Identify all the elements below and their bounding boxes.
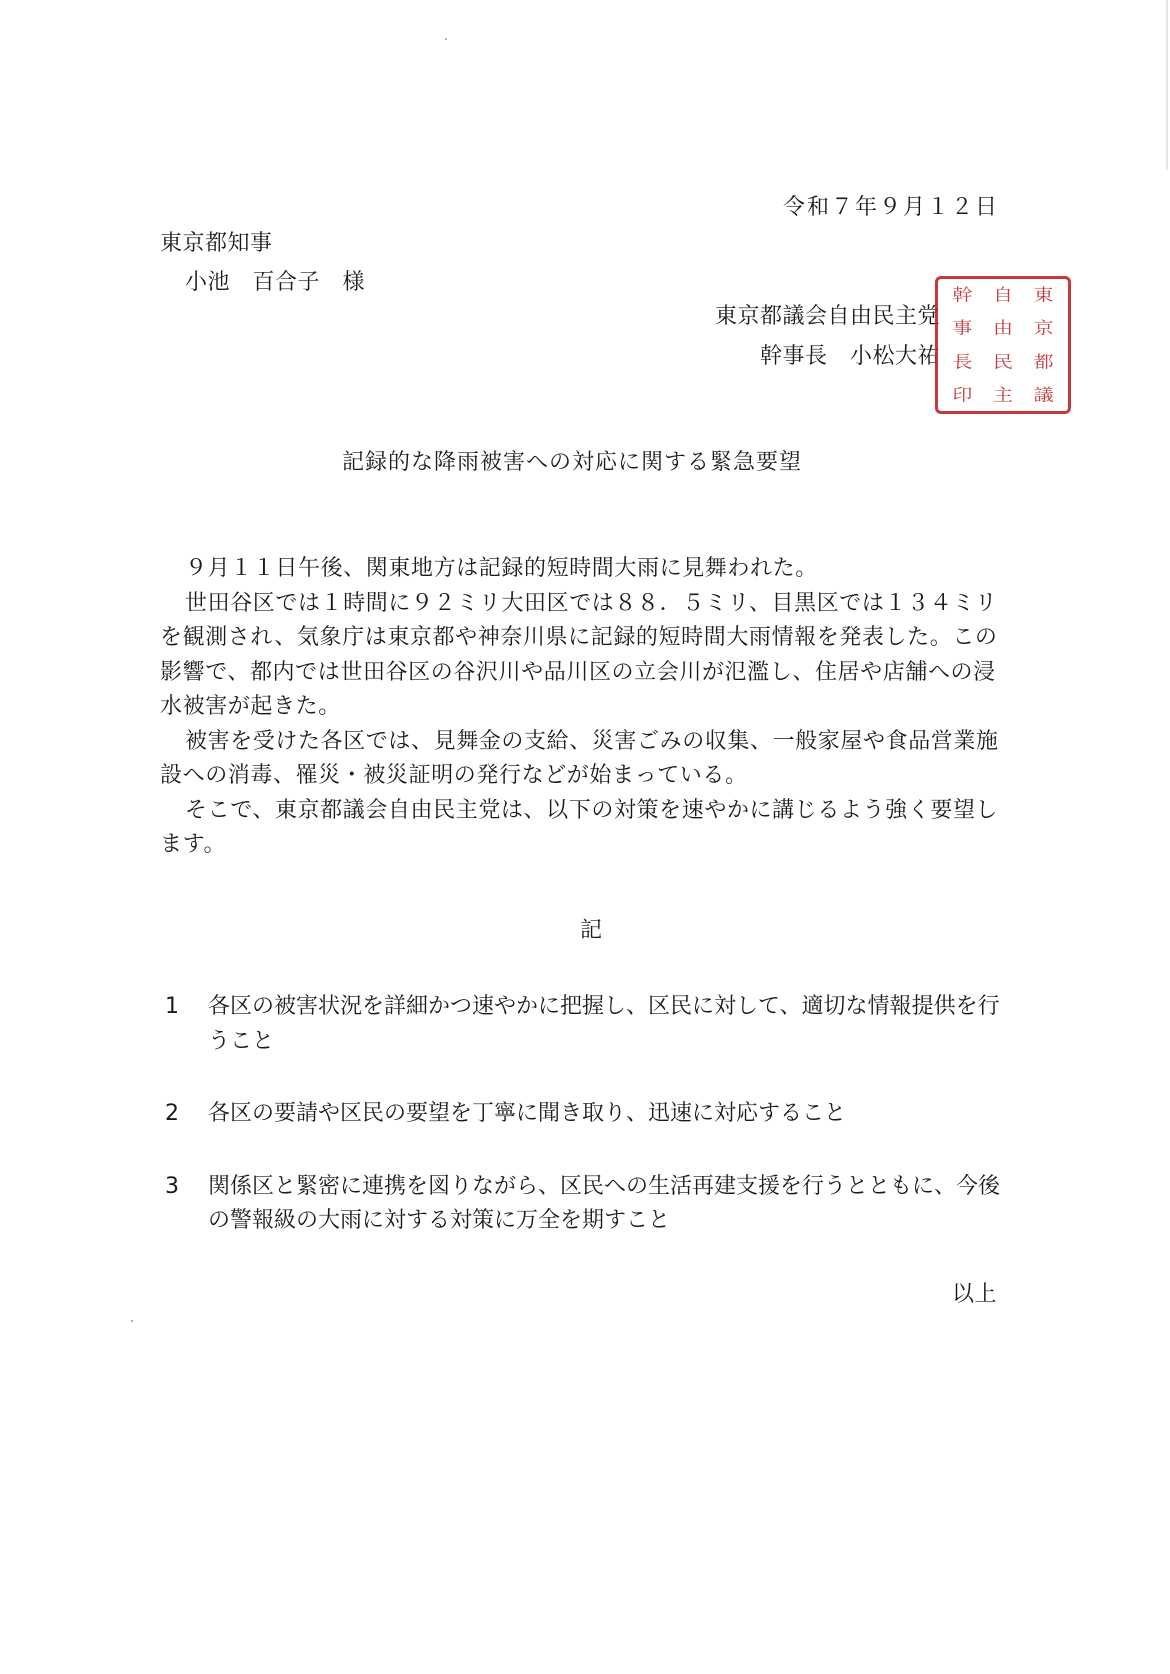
seal-char: 事 (952, 320, 972, 336)
seal-column: 東 京 都 議 (1025, 285, 1063, 405)
addressee-name: 小池 百合子 様 (185, 270, 365, 296)
seal-char: 京 (1034, 320, 1054, 336)
request-item: 3 関係区と緊密に連携を図りながら、区民への生活再建支援を行うとともに、今後の警… (160, 1170, 1000, 1239)
document-page: 令和７年９月１２日 東京都知事 小池 百合子 様 東京都議会自由民主党 幹事長 … (0, 0, 1170, 1674)
scan-speck (131, 1320, 133, 1322)
sender-role-name: 幹事長 小松大祐 (760, 344, 940, 370)
seal-char: 印 (952, 387, 972, 403)
seal-char: 東 (1034, 287, 1054, 303)
request-text: 各区の要請や区民の要望を丁寧に聞き取り、迅速に対応すること (208, 1101, 846, 1126)
addressee-title: 東京都知事 (160, 231, 273, 257)
body-paragraph: 被害を受けた各区では、見舞金の支給、災害ごみの収集、一般家屋や食品営業施設への消… (160, 725, 1000, 794)
scan-speck (445, 38, 447, 40)
body-paragraph: そこで、東京都議会自由民主党は、以下の対策を速やかに講じるよう強く要望します。 (160, 794, 1000, 863)
request-text: 関係区と緊密に連携を図りながら、区民への生活再建支援を行うとともに、今後の警報級… (208, 1174, 1000, 1234)
sender-organization: 東京都議会自由民主党 (715, 304, 940, 330)
request-text: 各区の被害状況を詳細かつ速やかに把握し、区民に対して、適切な情報提供を行うこと (208, 994, 1000, 1054)
section-heading: 記 (580, 918, 603, 944)
body-paragraph: 世田谷区では１時間に９２ミリ大田区では８８．５ミリ、目黒区では１３４ミリを観測さ… (160, 587, 1000, 725)
body-paragraph: ９月１１日午後、関東地方は記録的短時間大雨に見舞われた。 (160, 552, 1000, 587)
document-subject: 記録的な降雨被害への対応に関する緊急要望 (342, 450, 802, 476)
document-date: 令和７年９月１２日 (783, 195, 999, 221)
request-number: 1 (165, 990, 179, 1025)
request-list: 1 各区の被害状況を詳細かつ速やかに把握し、区民に対して、適切な情報提供を行うこ… (160, 990, 1000, 1239)
seal-char: 長 (952, 353, 972, 369)
scan-edge-line (1166, 0, 1168, 170)
request-number: 2 (165, 1097, 179, 1132)
request-item: 1 各区の被害状況を詳細かつ速やかに把握し、区民に対して、適切な情報提供を行うこ… (160, 990, 1000, 1059)
seal-char: 主 (993, 387, 1013, 403)
seal-char: 由 (993, 320, 1013, 336)
closing-mark: 以上 (952, 1282, 997, 1308)
official-seal-icon: 東 京 都 議 自 由 民 主 幹 事 長 印 (935, 276, 1071, 414)
request-number: 3 (165, 1170, 179, 1205)
document-body: ９月１１日午後、関東地方は記録的短時間大雨に見舞われた。 世田谷区では１時間に９… (160, 552, 1000, 863)
seal-column: 自 由 民 主 (984, 285, 1022, 405)
seal-char: 民 (993, 353, 1013, 369)
seal-char: 都 (1034, 353, 1054, 369)
seal-char: 幹 (952, 287, 972, 303)
request-item: 2 各区の要請や区民の要望を丁寧に聞き取り、迅速に対応すること (160, 1097, 1000, 1132)
seal-char: 議 (1034, 387, 1054, 403)
seal-char: 自 (993, 287, 1013, 303)
seal-column: 幹 事 長 印 (943, 285, 981, 405)
